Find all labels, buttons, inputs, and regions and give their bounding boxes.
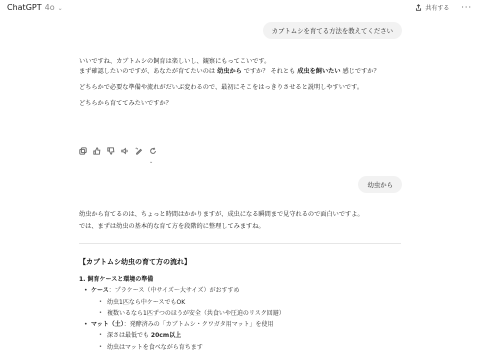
assistant-text: まず確認したいのですが、あなたが育てたいのは — [79, 68, 217, 75]
chevron-down-icon: ⌄ — [149, 159, 153, 165]
assistant-message: いいですね、カブトムシの飼育は楽しいし、観察にもってこいです。 まず確認したいの… — [79, 57, 409, 115]
assistant-text: では、まずは幼虫の基本的な育て方を段階的に整理してみますね。 — [79, 223, 265, 230]
assistant-text: 感じですか？ — [341, 68, 380, 75]
list-item: マット（土）：発酵済みの「カブトムシ・クワガタ用マット」を使用 — [79, 319, 409, 330]
share-label: 共有する — [425, 3, 449, 12]
emphasis-larva: 幼虫から — [217, 68, 242, 75]
assistant-text: どちらかで必要な準備や流れがだいぶ変わるので、最初にそこをはっきりさせると説明し… — [79, 84, 363, 91]
chevron-down-icon: ⌄ — [58, 5, 63, 12]
sub-item-text: 深さは最低でも — [107, 332, 151, 339]
copy-icon[interactable] — [79, 140, 87, 148]
model-selector[interactable]: ChatGPT 4o ⌄ — [7, 3, 63, 12]
message-actions: ⌄ — [79, 140, 163, 148]
read-aloud-icon[interactable] — [121, 140, 129, 148]
user-message-bubble: カブトムシを育てる方法を教えてください — [263, 22, 402, 39]
thumbs-up-icon[interactable] — [93, 140, 101, 148]
sub-list-item: 幼虫はマットを食べながら育ちます — [79, 342, 409, 353]
sub-list-item: 複数いるなら1匹ずつのほうが安全（共食いや圧迫のリスク回避） — [79, 308, 409, 319]
item-label: マット（土） — [91, 321, 124, 328]
assistant-text: いいですね、カブトムシの飼育は楽しいし、観察にもってこいです。 — [79, 58, 270, 65]
edit-canvas-icon[interactable] — [135, 140, 143, 148]
assistant-message: 幼虫から育てるのは、ちょっと時間はかかりますが、成虫になる瞬間まで見守れるので面… — [79, 210, 409, 232]
user-message-text: カブトムシを育てる方法を教えてください — [272, 27, 393, 35]
thumbs-down-icon[interactable] — [107, 140, 115, 148]
top-bar: ChatGPT 4o ⌄ 共有する ··· — [0, 0, 480, 16]
emphasis-adult: 成虫を飼いたい — [297, 68, 340, 75]
divider — [79, 243, 401, 244]
item-text: ：プラケース（中サイズ〜大サイズ）がおすすめ — [109, 287, 240, 294]
user-message-bubble: 幼虫から — [358, 176, 402, 193]
emphasis-depth: 20cm以上 — [151, 332, 181, 339]
item-text: ：発酵済みの「カブトムシ・クワガタ用マット」を使用 — [124, 321, 274, 328]
assistant-text: ですか？ それとも — [242, 68, 297, 75]
share-icon — [415, 4, 422, 11]
model-version: 4o — [45, 3, 55, 12]
step-heading: 1. 飼育ケースと環境の準備 — [79, 274, 409, 285]
assistant-text: 幼虫から育てるのは、ちょっと時間はかかりますが、成虫になる瞬間まで見守れるので面… — [79, 211, 364, 218]
more-options-button[interactable]: ··· — [461, 3, 472, 12]
share-button[interactable]: 共有する — [415, 3, 449, 12]
section-heading: 【カブトムシ幼虫の育て方の流れ】 — [79, 257, 191, 267]
sub-list-item: 幼虫1匹なら中ケースでもOK — [79, 297, 409, 308]
user-message-text: 幼虫から — [367, 181, 393, 189]
app-name: ChatGPT — [7, 3, 42, 12]
item-label: ケース — [91, 287, 109, 294]
care-steps-list: 1. 飼育ケースと環境の準備 ケース：プラケース（中サイズ〜大サイズ）がおすすめ… — [79, 274, 409, 353]
sub-list-item: 深さは最低でも 20cm以上 — [79, 330, 409, 341]
list-item: ケース：プラケース（中サイズ〜大サイズ）がおすすめ — [79, 285, 409, 296]
regenerate-icon[interactable]: ⌄ — [149, 140, 163, 148]
assistant-question: どちらから育ててみたいですか？ — [79, 100, 172, 107]
